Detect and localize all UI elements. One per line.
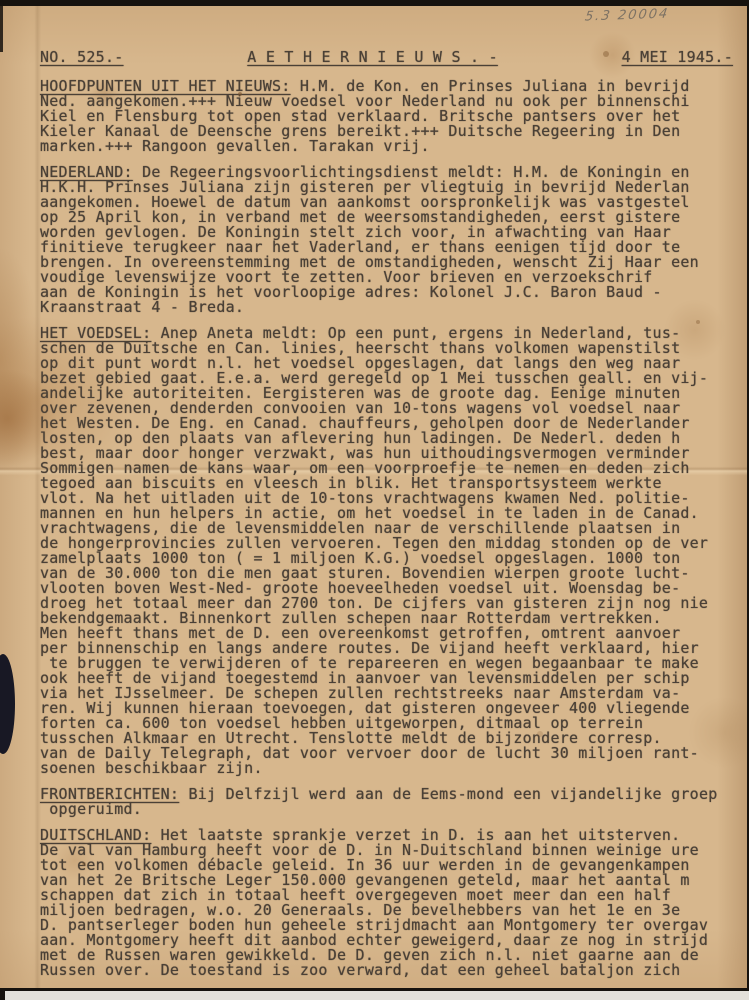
document-paper: 5.3 20004 NO. 525.- A E T H E R N I E U … [0,6,747,988]
text-line: Kraanstraat 4 - Breda. [40,300,741,315]
section-nederland: NEDERLAND: De Regeeringsvoorlichtingsdie… [40,165,741,315]
issue-number: NO. 525.- [40,50,124,65]
section-duitschland: DUITSCHLAND: Het laatste sprankje verzet… [40,828,741,978]
photo-edge-shadow [0,6,3,52]
section-hoofdpunten: HOOFDPUNTEN UIT HET NIEUWS: H.M. de Kon.… [40,79,741,154]
handwritten-archive-number: 5.3 20004 [584,6,670,24]
text-line: Russen over. De toestand is zoo verward,… [40,963,741,978]
text-line: marken.+++ Rangoon gevallen. Tarakan vri… [40,139,741,154]
section-frontberichten: FRONTBERICHTEN: Bij Delfzijl werd aan de… [40,787,741,817]
text-line: FRONTBERICHTEN: Bij Delfzijl werd aan de… [40,787,741,802]
photo-background: 5.3 20004 NO. 525.- A E T H E R N I E U … [0,0,749,1000]
document-header: NO. 525.- A E T H E R N I E U W S . - 4 … [40,50,733,65]
document-title: A E T H E R N I E U W S . - [247,50,498,65]
section-het-voedsel: HET VOEDSEL: Anep Aneta meldt: Op een pu… [40,326,741,776]
text-line: opgeruimd. [40,802,741,817]
photo-clip-shadow [0,654,15,754]
document-date: 4 MEI 1945.- [622,50,733,65]
document-content: NO. 525.- A E T H E R N I E U W S . - 4 … [40,50,741,989]
text-line: soenen beschikbaar zijn. [40,761,741,776]
photo-bottom-edge [5,991,749,1000]
